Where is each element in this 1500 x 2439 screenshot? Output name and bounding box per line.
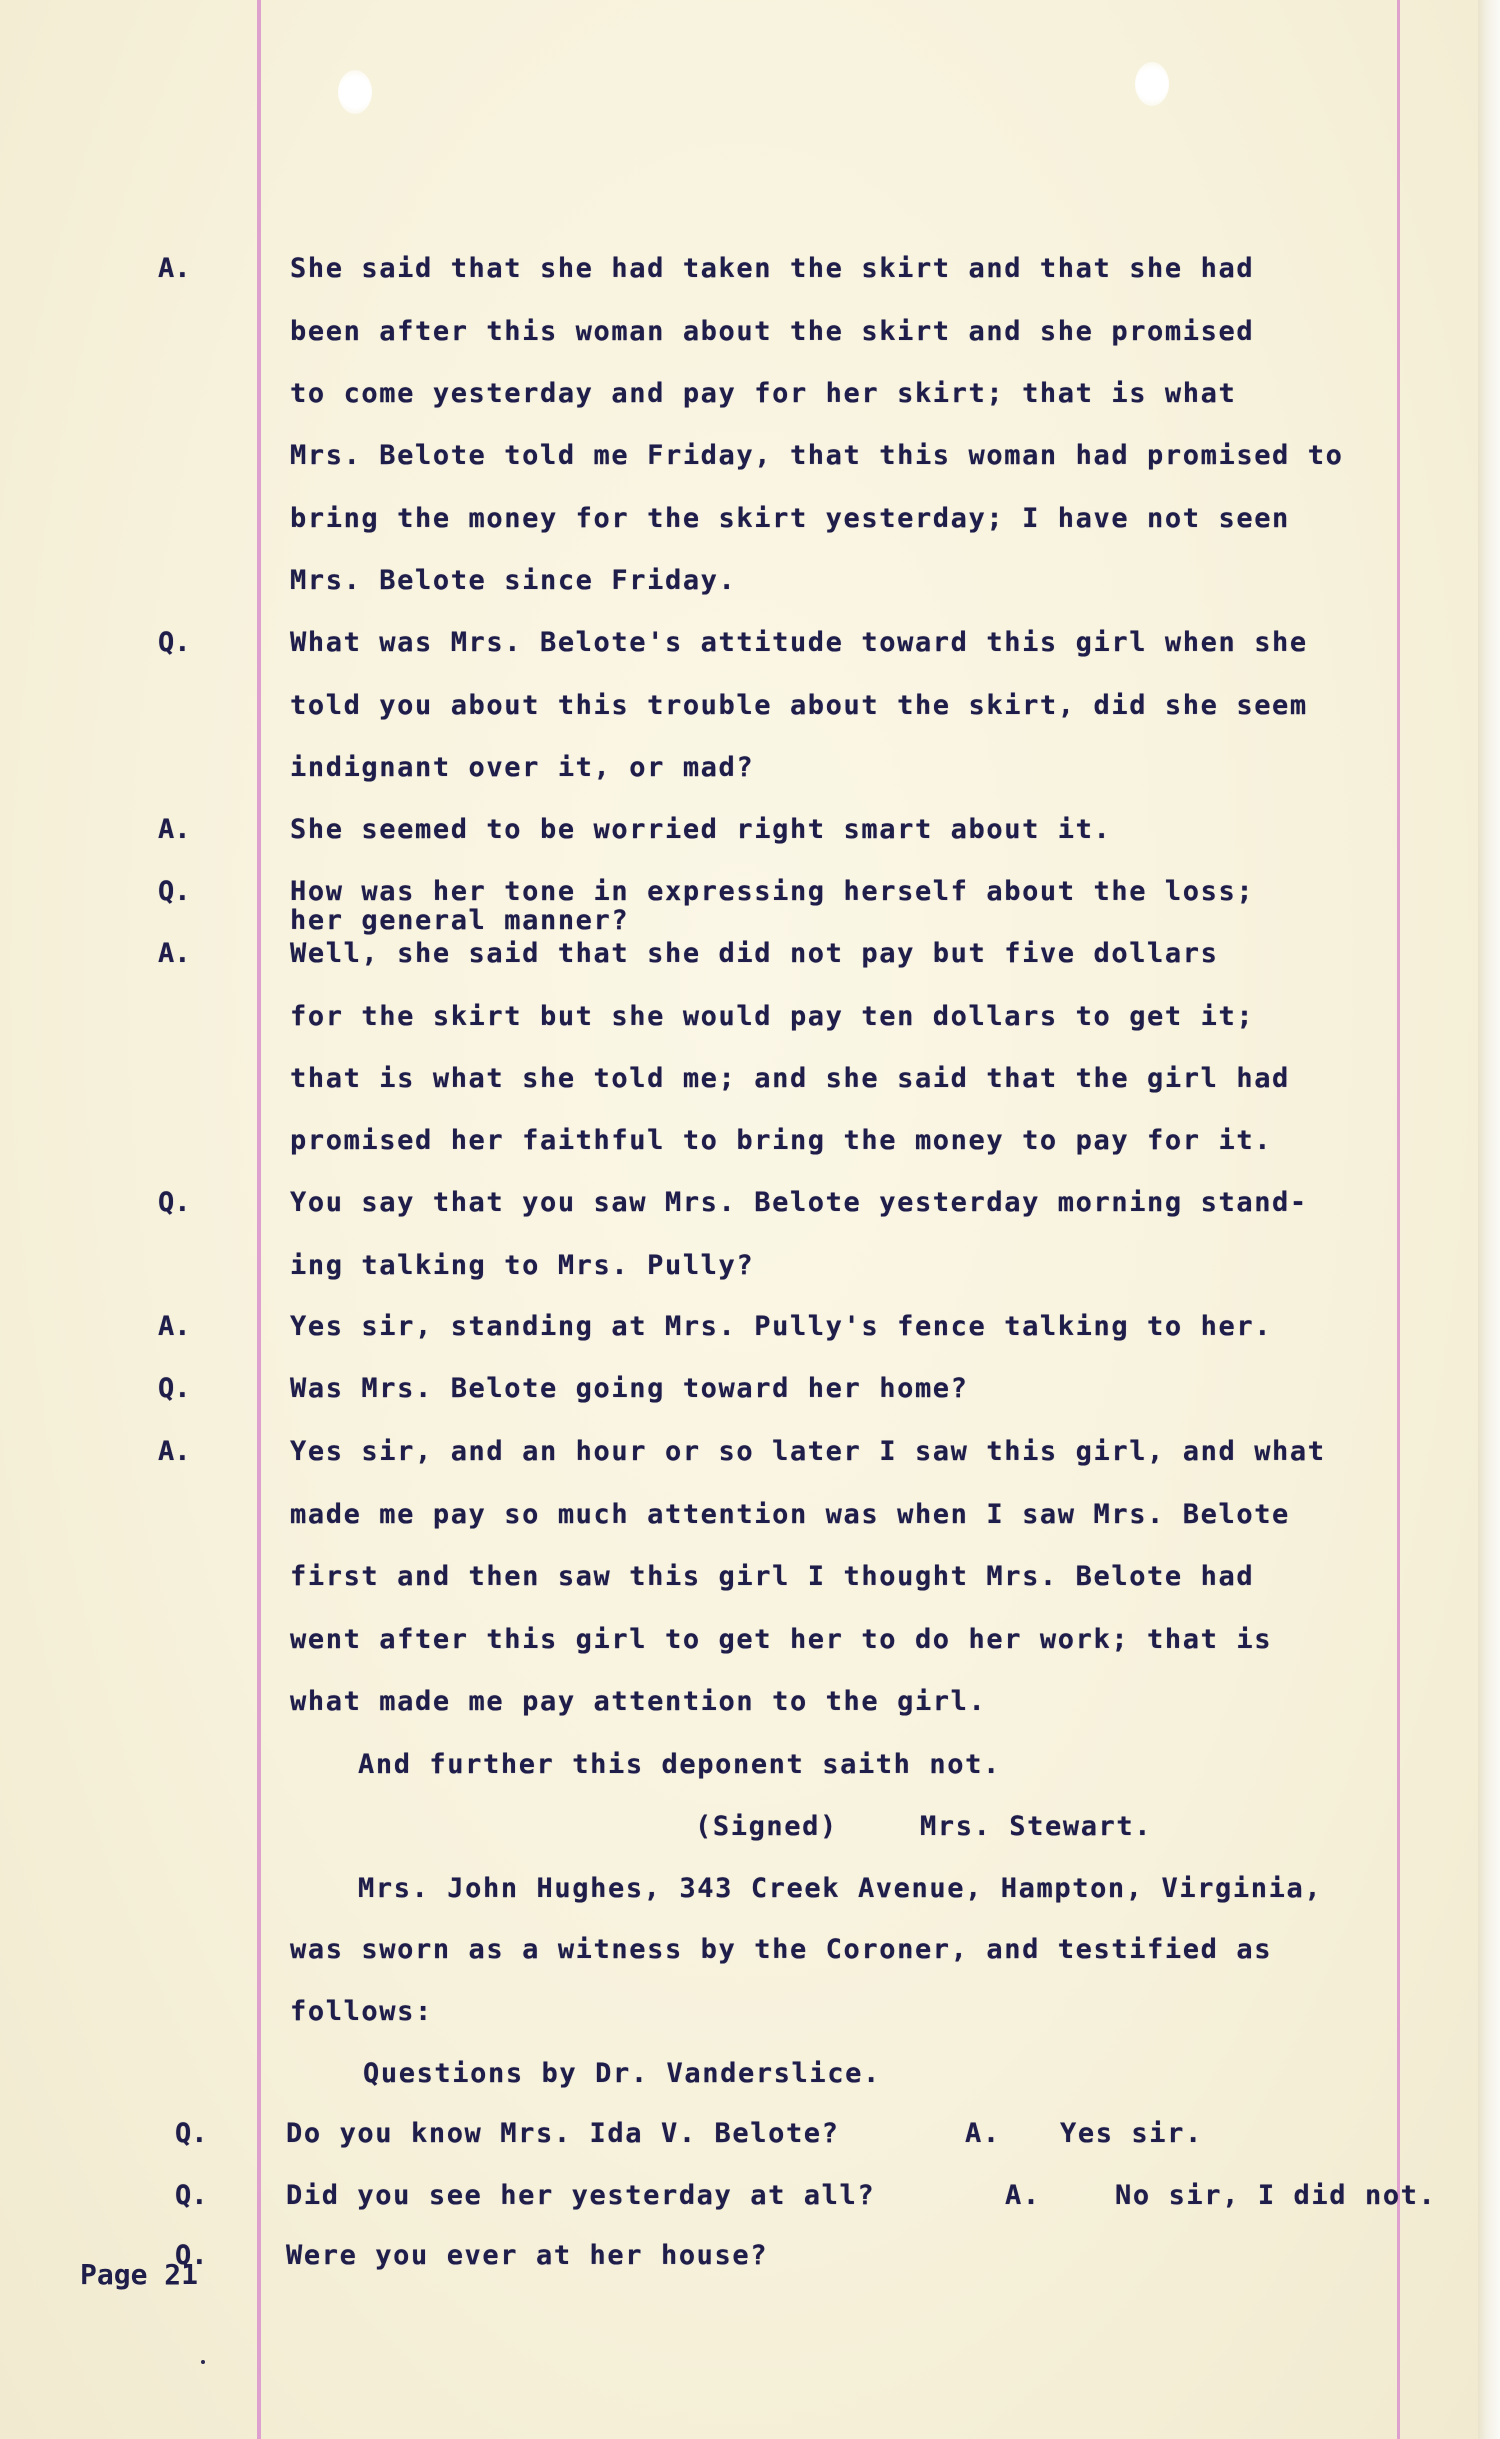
- answer-label: A.: [158, 253, 191, 284]
- question-text: Were you ever at her house?: [286, 2240, 768, 2271]
- answer-label: A.: [158, 1436, 191, 1467]
- answer-label: A.: [1005, 2180, 1041, 2211]
- transcript-line: what made me pay attention to the girl.: [290, 1686, 986, 1717]
- witness-intro-line: was sworn as a witness by the Coroner, a…: [290, 1934, 1272, 1965]
- witness-intro-line: Mrs. John Hughes, 343 Creek Avenue, Hamp…: [358, 1873, 1322, 1904]
- transcript-line: went after this girl to get her to do he…: [290, 1624, 1272, 1655]
- transcript-line: told you about this trouble about the sk…: [290, 690, 1308, 721]
- transcript-line: that is what she told me; and she said t…: [290, 1063, 1290, 1094]
- transcript-line: been after this woman about the skirt an…: [290, 316, 1254, 347]
- page-number-value: 21: [164, 2258, 198, 2291]
- signed-label: (Signed): [695, 1811, 838, 1842]
- transcript-line: promised her faithful to bring the money…: [290, 1125, 1272, 1156]
- answer-text: No sir, I did not.: [1115, 2180, 1436, 2211]
- answer-label: A.: [158, 1311, 191, 1342]
- question-label: Q.: [158, 627, 191, 658]
- witness-intro-line: follows:: [290, 1996, 433, 2027]
- transcript-line: How was her tone in expressing herself a…: [290, 876, 1254, 907]
- transcript-line: She seemed to be worried right smart abo…: [290, 814, 1111, 845]
- ink-speck: [201, 2360, 205, 2364]
- transcript-line: her general manner?: [290, 905, 629, 936]
- question-text: Did you see her yesterday at all?: [286, 2180, 875, 2211]
- transcript-line: to come yesterday and pay for her skirt;…: [290, 378, 1236, 409]
- transcript-line: Well, she said that she did not pay but …: [290, 938, 1218, 969]
- transcript-line: made me pay so much attention was when I…: [290, 1499, 1290, 1530]
- question-label: Q.: [158, 876, 191, 907]
- closing-statement: And further this deponent saith not.: [358, 1749, 1001, 1780]
- page-label: Page: [80, 2258, 147, 2291]
- right-margin-rule: [1397, 0, 1400, 2439]
- answer-label: A.: [965, 2118, 1001, 2149]
- question-label: Q.: [158, 1187, 191, 1218]
- transcript-line: first and then saw this girl I thought M…: [290, 1561, 1254, 1592]
- left-margin-rule: [257, 0, 261, 2439]
- transcript-line: bring the money for the skirt yesterday;…: [290, 503, 1290, 534]
- transcript-line: ing talking to Mrs. Pully?: [290, 1250, 754, 1281]
- punch-hole: [338, 70, 372, 114]
- answer-label: A.: [158, 938, 191, 969]
- transcript-line: You say that you saw Mrs. Belote yesterd…: [290, 1187, 1308, 1218]
- answer-label: A.: [158, 814, 191, 845]
- transcript-line: Mrs. Belote since Friday.: [290, 565, 736, 596]
- transcript-line: Yes sir, and an hour or so later I saw t…: [290, 1436, 1326, 1467]
- transcript-line: She said that she had taken the skirt an…: [290, 253, 1254, 284]
- answer-text: Yes sir.: [1060, 2118, 1203, 2149]
- question-label: Q.: [158, 1373, 191, 1404]
- signed-name: Mrs. Stewart.: [920, 1811, 1152, 1842]
- questions-by-heading: Questions by Dr. Vanderslice.: [363, 2058, 881, 2089]
- punch-hole: [1135, 62, 1169, 106]
- transcript-line: Was Mrs. Belote going toward her home?: [290, 1373, 969, 1404]
- page-number: Page 21: [80, 2258, 198, 2291]
- question-text: Do you know Mrs. Ida V. Belote?: [286, 2118, 840, 2149]
- transcript-line: What was Mrs. Belote's attitude toward t…: [290, 627, 1308, 658]
- transcript-line: Yes sir, standing at Mrs. Pully's fence …: [290, 1311, 1272, 1342]
- document-page: A. She said that she had taken the skirt…: [0, 0, 1480, 2439]
- question-label: Q.: [175, 2180, 208, 2211]
- transcript-line: for the skirt but she would pay ten doll…: [290, 1001, 1254, 1032]
- transcript-line: Mrs. Belote told me Friday, that this wo…: [290, 440, 1343, 471]
- page-edge-shadow: [1478, 0, 1500, 2439]
- question-label: Q.: [175, 2118, 208, 2149]
- transcript-line: indignant over it, or mad?: [290, 752, 754, 783]
